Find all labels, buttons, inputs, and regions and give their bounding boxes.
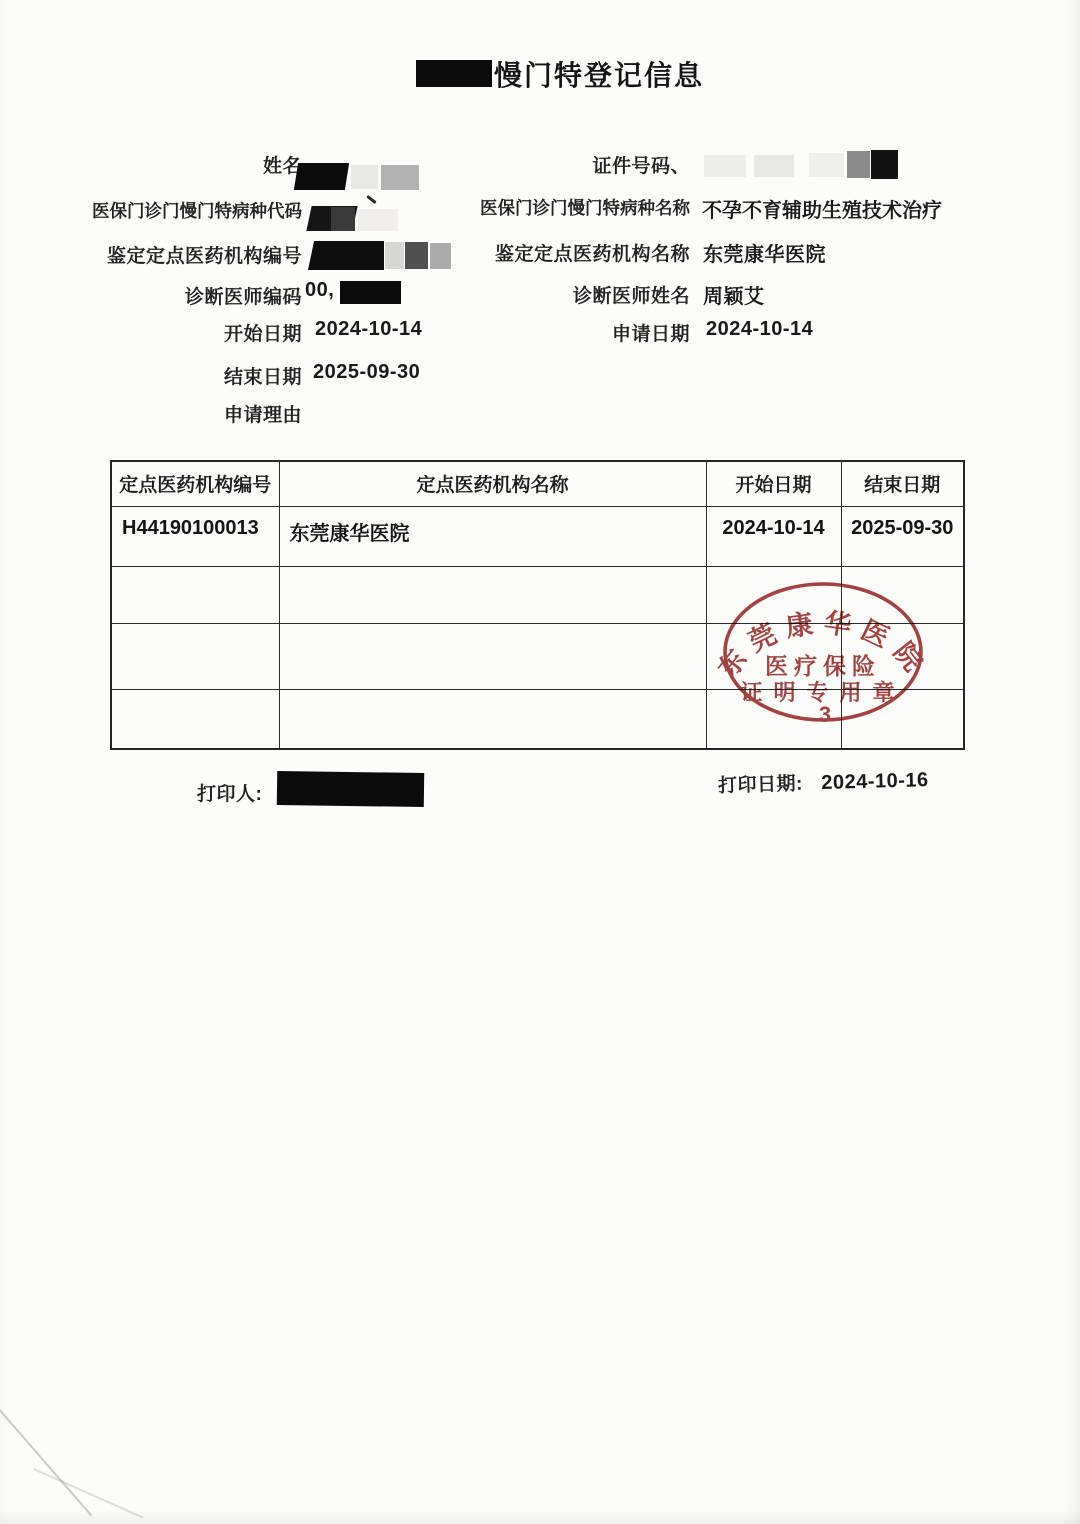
table-cell-org-code: H44190100013 bbox=[111, 506, 279, 566]
table-cell-org-name: 东莞康华医院 bbox=[279, 506, 706, 566]
field-label-org-code: 鉴定定点医药机构编号 bbox=[107, 241, 302, 268]
table-cell bbox=[279, 566, 706, 623]
org-code-redaction-box bbox=[405, 242, 428, 269]
print-date-value: 2024-10-16 bbox=[821, 769, 929, 794]
table-row: H44190100013 东莞康华医院 2024-10-14 2025-09-3… bbox=[111, 506, 964, 566]
field-label-start-date: 开始日期 bbox=[224, 319, 302, 346]
org-code-redaction-box bbox=[385, 242, 404, 269]
field-label-id-number: 证件号码、 bbox=[592, 151, 690, 178]
table-cell bbox=[111, 566, 279, 623]
id-number-redaction-box bbox=[704, 155, 746, 177]
disease-name-value: 不孕不育辅助生殖技术治疗 bbox=[702, 194, 942, 223]
field-label-disease-name: 医保门诊门慢门特病种名称 bbox=[480, 195, 690, 220]
name-redaction-box bbox=[381, 165, 419, 190]
printer-label: 打印人: bbox=[197, 779, 262, 806]
page-title: 慢门特登记信息 bbox=[494, 54, 704, 94]
table-cell bbox=[111, 623, 279, 689]
field-label-apply-reason: 申请理由 bbox=[224, 400, 302, 427]
table-cell-start-date: 2024-10-14 bbox=[706, 506, 841, 566]
stamp-line3: 3 bbox=[819, 702, 831, 727]
field-label-doctor-code: 诊断医师编码 bbox=[185, 282, 302, 309]
org-code-redaction-box bbox=[308, 241, 384, 270]
doctor-code-redaction-box bbox=[340, 281, 401, 304]
table-cell-end-date: 2025-09-30 bbox=[841, 506, 964, 566]
id-number-redaction-box bbox=[847, 151, 870, 178]
table-cell bbox=[279, 689, 706, 749]
field-label-doctor-name: 诊断医师姓名 bbox=[573, 281, 690, 308]
table-cell bbox=[279, 623, 706, 689]
field-label-org-name: 鉴定定点医药机构名称 bbox=[495, 239, 690, 266]
print-date-row: 打印日期: 2024-10-16 bbox=[718, 765, 929, 798]
org-code-redaction-box bbox=[430, 243, 451, 269]
scanned-document-page: 慢门特登记信息 姓名 医保门诊门慢门特病种代码 鉴定定点医药机构编号 诊断医师编… bbox=[0, 0, 1080, 1524]
name-redaction-box bbox=[294, 163, 349, 190]
hospital-stamp: 东莞康华医院 医疗保险 证明专用章 3 bbox=[703, 566, 947, 738]
org-name-value: 东莞康华医院 bbox=[703, 238, 826, 267]
stray-pen-mark bbox=[366, 195, 377, 204]
printer-name-redaction-box bbox=[277, 771, 424, 807]
field-label-disease-code: 医保门诊门慢门特病种代码 bbox=[92, 198, 302, 223]
doctor-name-value: 周颖艾 bbox=[703, 280, 765, 309]
table-header-org-name: 定点医药机构名称 bbox=[279, 461, 706, 506]
disease-code-redaction-box bbox=[331, 207, 355, 231]
field-label-end-date: 结束日期 bbox=[224, 362, 302, 389]
id-number-redaction-box bbox=[754, 155, 794, 177]
stamp-line1: 医疗保险 bbox=[765, 653, 881, 679]
id-number-redaction-box bbox=[871, 150, 898, 179]
field-label-apply-date: 申请日期 bbox=[612, 319, 690, 346]
print-date-label: 打印日期: bbox=[718, 774, 803, 797]
table-cell bbox=[111, 689, 279, 749]
scan-artifact-line bbox=[0, 1402, 92, 1517]
end-date-value: 2025-09-30 bbox=[313, 361, 420, 384]
table-header-start-date: 开始日期 bbox=[706, 461, 841, 506]
id-number-redaction-box bbox=[809, 153, 844, 177]
table-header-org-code: 定点医药机构编号 bbox=[111, 461, 279, 506]
doctor-code-value: 00, bbox=[305, 279, 334, 302]
title-redaction-box bbox=[416, 60, 492, 87]
table-header-end-date: 结束日期 bbox=[841, 461, 964, 506]
apply-date-value: 2024-10-14 bbox=[706, 318, 813, 341]
disease-code-redaction-box bbox=[358, 209, 398, 231]
table-header-row: 定点医药机构编号 定点医药机构名称 开始日期 结束日期 bbox=[111, 461, 964, 506]
start-date-value: 2024-10-14 bbox=[315, 318, 422, 341]
name-redaction-box bbox=[351, 165, 378, 189]
